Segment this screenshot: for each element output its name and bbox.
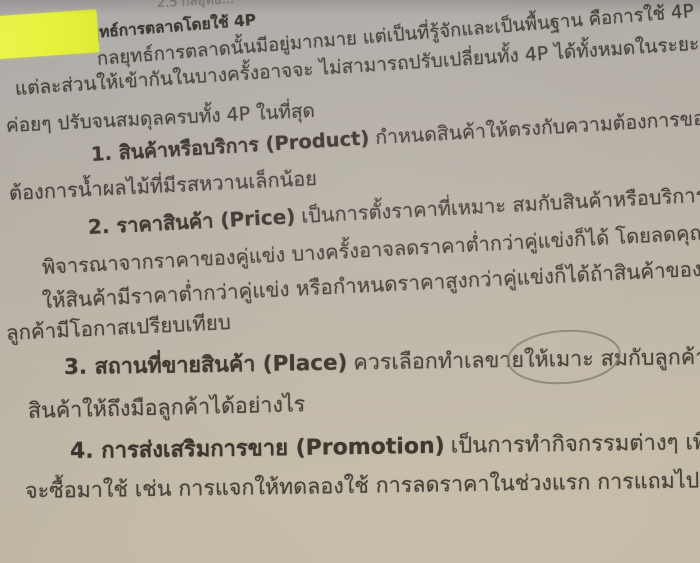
page-header-partial-line: 2.5 กลยุทธ... <box>157 0 235 12</box>
item-1-continuation-line: ต้องการน้ำผลไม้ที่มีรสหวานเล็กน้อย <box>8 164 317 207</box>
item-4-text: เป็นการทำกิจกรรมต่างๆ เพื่อให้ลู <box>451 429 700 458</box>
item-1-text: กำหนดสินค้าให้ตรงกับความต้องการของลูก <box>375 105 700 150</box>
item-4-continuation-line: จะซื้อมาใช้ เช่น การแจกให้ทดลองใช้ การลด… <box>25 466 700 506</box>
photographed-textbook-page: 2.5 กลยุทธ... ยุทธ์การตลาดโดยใช้ 4P กลยุ… <box>0 0 700 563</box>
item-3-term: 3. สถานที่ขายสินค้า (Place) <box>64 351 348 380</box>
item-4-promotion-line: 4. การส่งเสริมการขาย (Promotion)เป็นการท… <box>70 428 700 466</box>
item-3-continuation-line: สินค้าให้ถึงมือลูกค้าได้อย่างไร <box>28 391 306 426</box>
item-2-term: 2. ราคาสินค้า (Price) <box>87 204 296 239</box>
yellow-highlighter-mark <box>0 9 99 60</box>
item-4-term: 4. การส่งเสริมการขาย (Promotion) <box>70 434 445 464</box>
pencil-circle-annotation <box>503 326 625 394</box>
item-2-continuation-line-3: ลูกค้ามีโอกาสเปรียบเทียบ <box>5 308 231 347</box>
